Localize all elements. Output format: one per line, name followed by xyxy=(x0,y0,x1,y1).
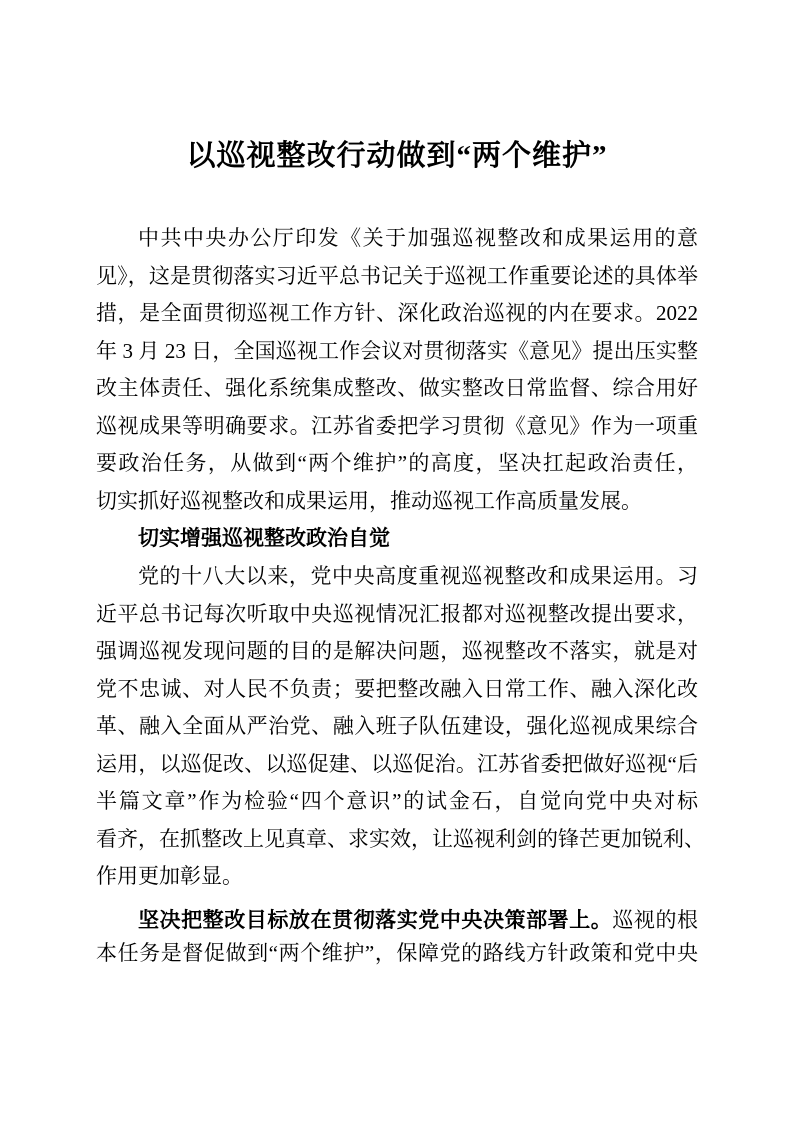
text-line: 党的十八大以来，党中央高度重视巡视整改和成果运用。习 xyxy=(96,558,698,596)
document-title: 以巡视整改行动做到“两个维护” xyxy=(96,134,698,178)
text-line: 措，是全面贯彻巡视工作方针、深化政治巡视的内在要求。2022 xyxy=(96,295,698,333)
text-line: 作用更加彰显。 xyxy=(96,858,698,896)
text-line: 见》，这是贯彻落实习近平总书记关于巡视工作重要论述的具体举 xyxy=(96,258,698,296)
paragraph-3: 坚决把整改目标放在贯彻落实党中央决策部署上。巡视的根 本任务是督促做到“两个维护… xyxy=(96,904,698,970)
text-line: 切实抓好巡视整改和成果运用，推动巡视工作高质量发展。 xyxy=(96,483,698,521)
text-line: 党不忠诚、对人民不负责；要把整改融入日常工作、融入深化改 xyxy=(96,671,698,709)
lead-line-rest: 巡视的根 xyxy=(612,908,698,932)
paragraph-2: 党的十八大以来，党中央高度重视巡视整改和成果运用。习 近平总书记每次听取中央巡视… xyxy=(96,558,698,896)
text-line: 要政治任务，从做到“两个维护”的高度，坚决扛起政治责任， xyxy=(96,445,698,483)
text-line: 半篇文章”作为检验“四个意识”的试金石，自觉向党中央对标 xyxy=(96,783,698,821)
text-line: 年 3 月 23 日，全国巡视工作会议对贯彻落实《意见》提出压实整 xyxy=(96,333,698,371)
text-line: 革、融入全面从严治党、融入班子队伍建设，强化巡视成果综合 xyxy=(96,708,698,746)
text-line: 坚决把整改目标放在贯彻落实党中央决策部署上。巡视的根 xyxy=(96,904,698,937)
document-page: 以巡视整改行动做到“两个维护” 中共中央办公厅印发《关于加强巡视整改和成果运用的… xyxy=(0,0,794,1122)
text-line: 强调巡视发现问题的目的是解决问题，巡视整改不落实，就是对 xyxy=(96,633,698,671)
text-line: 看齐，在抓整改上见真章、求实效，让巡视利剑的锋芒更加锐利、 xyxy=(96,821,698,859)
text-line: 改主体责任、强化系统集成整改、做实整改日常监督、综合用好 xyxy=(96,370,698,408)
text-line: 近平总书记每次听取中央巡视情况汇报都对巡视整改提出要求， xyxy=(96,596,698,634)
text-line: 运用，以巡促改、以巡促建、以巡促治。江苏省委把做好巡视“后 xyxy=(96,746,698,784)
text-line: 中共中央办公厅印发《关于加强巡视整改和成果运用的意 xyxy=(96,220,698,258)
section-subheading: 切实增强巡视整改政治自觉 xyxy=(96,520,698,558)
text-line: 巡视成果等明确要求。江苏省委把学习贯彻《意见》作为一项重 xyxy=(96,408,698,446)
text-line: 本任务是督促做到“两个维护”，保障党的路线方针政策和党中央 xyxy=(96,937,698,970)
paragraph-1: 中共中央办公厅印发《关于加强巡视整改和成果运用的意 见》，这是贯彻落实习近平总书… xyxy=(96,220,698,520)
bold-lead-sentence: 坚决把整改目标放在贯彻落实党中央决策部署上。 xyxy=(138,909,612,932)
